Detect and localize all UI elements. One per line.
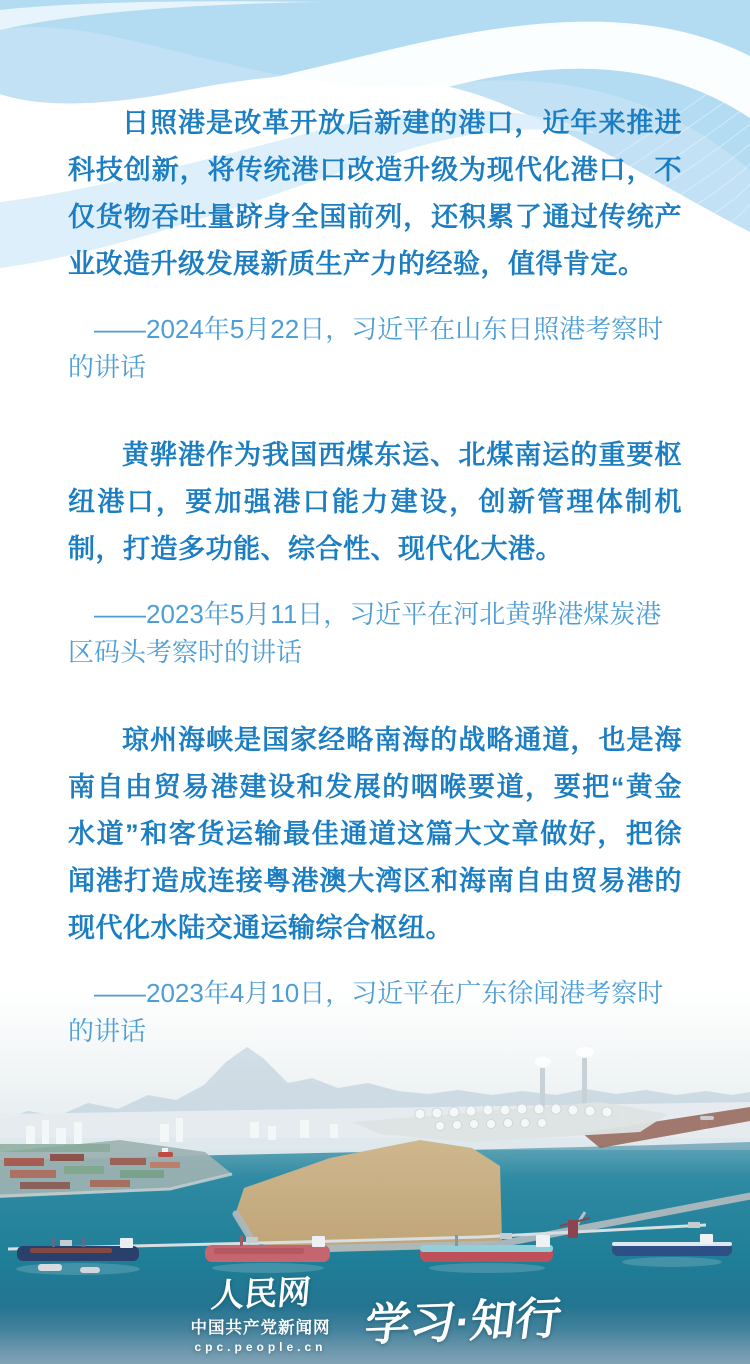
- quotes-section: 日照港是改革开放后新建的港口，近年来推进科技创新，将传统港口改造升级为现代化港口…: [68, 100, 682, 1050]
- quote-attribution: ——2024年5月22日，习近平在山东日照港考察时的讲话: [68, 310, 682, 386]
- quote-block: 日照港是改革开放后新建的港口，近年来推进科技创新，将传统港口改造升级为现代化港口…: [68, 100, 682, 386]
- quote-text: 日照港是改革开放后新建的港口，近年来推进科技创新，将传统港口改造升级为现代化港口…: [68, 100, 682, 288]
- quote-block: 黄骅港作为我国西煤东运、北煤南运的重要枢纽港口，要加强港口能力建设，创新管理体制…: [68, 432, 682, 671]
- poster: 日照港是改革开放后新建的港口，近年来推进科技创新，将传统港口改造升级为现代化港口…: [0, 0, 750, 1364]
- quote-text: 琼州海峡是国家经略南海的战略通道，也是海南自由贸易港建设和发展的咽喉要道，要把“…: [68, 717, 682, 952]
- quote-block: 琼州海峡是国家经略南海的战略通道，也是海南自由贸易港建设和发展的咽喉要道，要把“…: [68, 717, 682, 1050]
- quote-attribution: ——2023年4月10日，习近平在广东徐闻港考察时的讲话: [68, 974, 682, 1050]
- quote-text: 黄骅港作为我国西煤东运、北煤南运的重要枢纽港口，要加强港口能力建设，创新管理体制…: [68, 432, 682, 573]
- quote-attribution: ——2023年5月11日，习近平在河北黄骅港煤炭港区码头考察时的讲话: [68, 595, 682, 671]
